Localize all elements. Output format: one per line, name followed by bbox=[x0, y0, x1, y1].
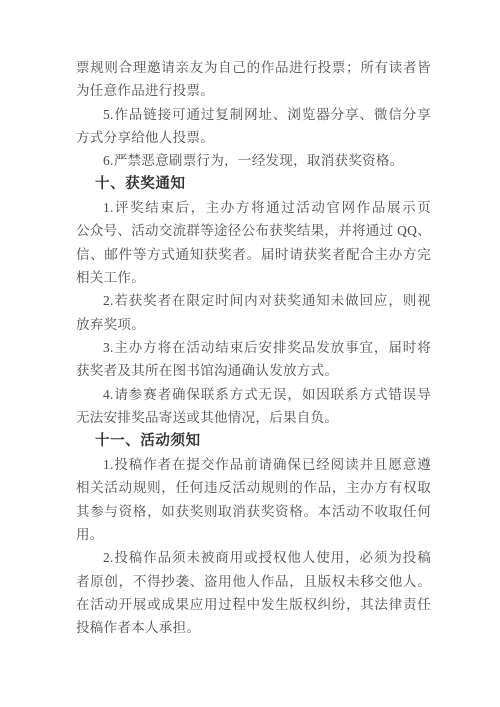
text-line: 1.投稿作者在提交作品前请确保已经阅读并且愿意遵守 bbox=[76, 453, 431, 476]
paragraph: 3.主办方将在活动结束后安排奖品发放事宜，届时将与获奖者及其所在图书馆沟通确认发… bbox=[76, 336, 431, 383]
paragraph: 1.评奖结束后，主办方将通过活动官网作品展示页面、公众号、活动交流群等途径公布获… bbox=[76, 196, 431, 289]
text-line: 无法安排奖品寄送或其他情况，后果自负。 bbox=[76, 406, 431, 429]
text-line: 获奖者及其所在图书馆沟通确认发放方式。 bbox=[76, 359, 431, 382]
paragraph: 2.投稿作品须未被商用或授权他人使用，必须为投稿作者原创，不得抄袭、盗用他人作品… bbox=[76, 546, 431, 639]
text-line: 方式分享给他人投票。 bbox=[76, 126, 431, 149]
text-line: 信、邮件等方式通知获奖者。届时请获奖者配合主办方完成 bbox=[76, 243, 431, 266]
paragraph: 4.请参赛者确保联系方式无误，如因联系方式错误导致无法安排奖品寄送或其他情况，后… bbox=[76, 383, 431, 430]
text-line: 在活动开展或成果应用过程中发生版权纠纷，其法律责任由 bbox=[76, 593, 431, 616]
text-line: 3.主办方将在活动结束后安排奖品发放事宜，届时将与 bbox=[76, 336, 431, 359]
text-line: 者原创，不得抄袭、盗用他人作品，且版权未移交他人。若 bbox=[76, 570, 431, 593]
text-line: 5.作品链接可通过复制网址、浏览器分享、微信分享等 bbox=[76, 103, 431, 126]
paragraph: 5.作品链接可通过复制网址、浏览器分享、微信分享等方式分享给他人投票。 bbox=[76, 103, 431, 150]
text-line: 其参与资格，如获奖则取消获奖资格。本活动不收取任何费 bbox=[76, 500, 431, 523]
text-line: 放弃奖项。 bbox=[76, 313, 431, 336]
paragraph: 1.投稿作者在提交作品前请确保已经阅读并且愿意遵守相关活动规则，任何违反活动规则… bbox=[76, 453, 431, 546]
heading-line: 十、获奖通知 bbox=[76, 173, 431, 196]
paragraph: 票规则合理邀请亲友为自己的作品进行投票；所有读者皆可为任意作品进行投票。 bbox=[76, 56, 431, 103]
text-line: 4.请参赛者确保联系方式无误，如因联系方式错误导致 bbox=[76, 383, 431, 406]
text-line: 1.评奖结束后，主办方将通过活动官网作品展示页面、 bbox=[76, 196, 431, 219]
paragraph: 6.严禁恶意刷票行为，一经发现，取消获奖资格。 bbox=[76, 149, 431, 172]
document-text-area: 票规则合理邀请亲友为自己的作品进行投票；所有读者皆可为任意作品进行投票。5.作品… bbox=[76, 56, 431, 640]
text-line: 6.严禁恶意刷票行为，一经发现，取消获奖资格。 bbox=[76, 149, 431, 172]
text-line: 2.投稿作品须未被商用或授权他人使用，必须为投稿作 bbox=[76, 546, 431, 569]
text-line: 相关工作。 bbox=[76, 266, 431, 289]
document-page: 票规则合理邀请亲友为自己的作品进行投票；所有读者皆可为任意作品进行投票。5.作品… bbox=[0, 0, 500, 707]
text-line: 相关活动规则，任何违反活动规则的作品，主办方有权取消 bbox=[76, 476, 431, 499]
text-line: 为任意作品进行投票。 bbox=[76, 79, 431, 102]
section-heading: 十、获奖通知 bbox=[76, 173, 431, 196]
heading-line: 十一、活动须知 bbox=[76, 430, 431, 453]
text-line: 用。 bbox=[76, 523, 431, 546]
text-line: 2.若获奖者在限定时间内对获奖通知未做回应，则视为 bbox=[76, 289, 431, 312]
paragraph: 2.若获奖者在限定时间内对获奖通知未做回应，则视为放弃奖项。 bbox=[76, 289, 431, 336]
text-line: 公众号、活动交流群等途径公布获奖结果，并将通过 QQ、短 bbox=[76, 219, 431, 242]
section-heading: 十一、活动须知 bbox=[76, 430, 431, 453]
text-line: 票规则合理邀请亲友为自己的作品进行投票；所有读者皆可 bbox=[76, 56, 431, 79]
text-line: 投稿作者本人承担。 bbox=[76, 616, 431, 639]
